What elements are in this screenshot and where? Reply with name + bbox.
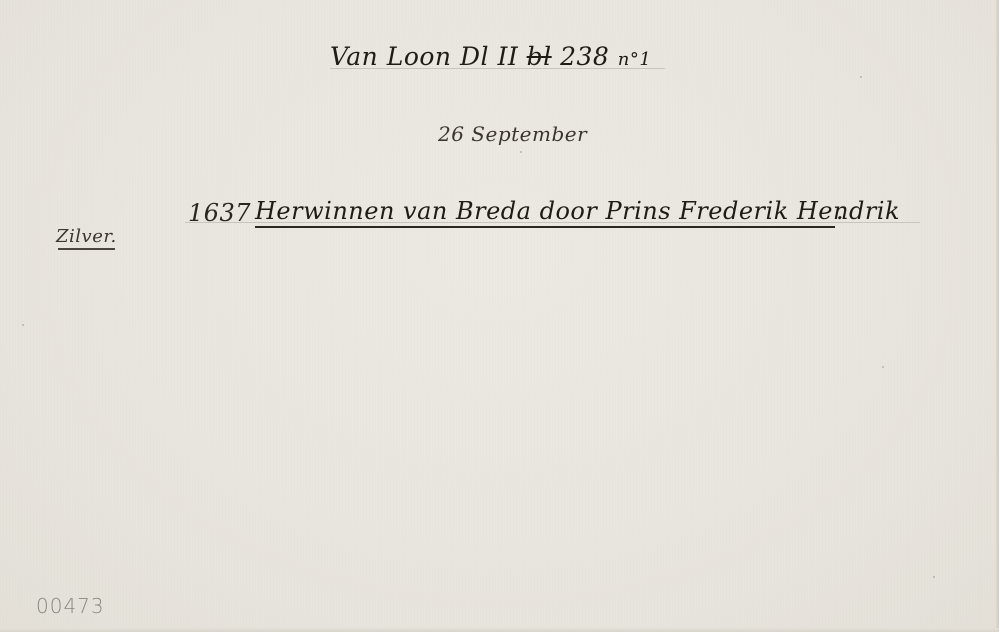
card-edge-bottom	[0, 628, 999, 632]
paper-speck	[22, 324, 24, 326]
event-title: Herwinnen van Breda door Prins Frederik …	[255, 197, 900, 225]
event-date: 26 September	[438, 122, 587, 146]
reference-text: Van Loon Dl II	[330, 42, 518, 71]
reference-header: Van Loon Dl II bl 238 n°1	[330, 42, 651, 71]
struck-out-text: bl	[527, 42, 552, 71]
paper-speck	[860, 76, 862, 78]
catalogue-card: Van Loon Dl II bl 238 n°1 26 September 1…	[0, 0, 999, 632]
event-title-underline	[255, 226, 835, 228]
event-title-period: .	[836, 197, 844, 225]
paper-speck	[933, 576, 935, 578]
reference-page: 238	[560, 42, 609, 71]
paper-speck	[882, 366, 884, 368]
inventory-number: 00473	[36, 594, 105, 618]
metal-label: Zilver.	[56, 226, 117, 247]
paper-speck	[520, 151, 522, 153]
event-year: 1637	[188, 199, 251, 227]
reference-number: n°1	[618, 49, 652, 70]
metal-underline	[58, 248, 115, 250]
